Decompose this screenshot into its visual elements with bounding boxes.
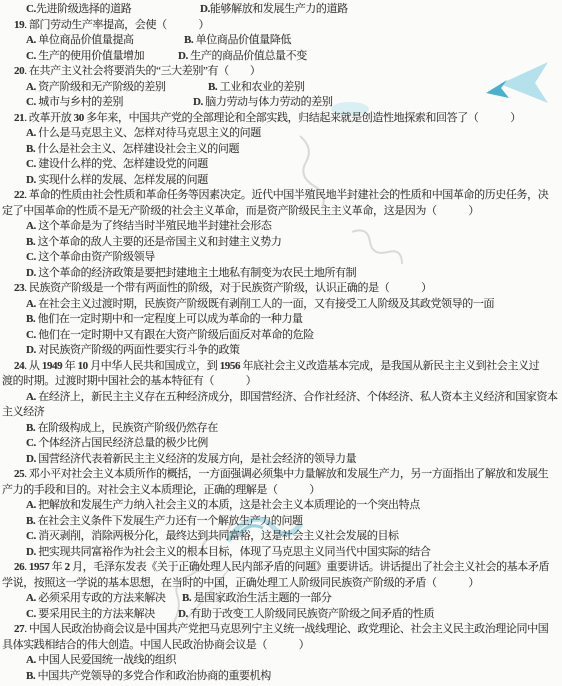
option-col-1: C.先进阶级选择的道路 (26, 2, 200, 18)
option-line: A. 在经济上，新民主主义存在五种经济成分，即国营经济、合作社经济、个体经济、私… (2, 390, 562, 406)
option-line: A. 必须采用专政的方法来解决B. 是国家政治生活主题的一部分 (2, 591, 562, 607)
option-col-2: B. 单位商品价值量降低 (184, 33, 291, 49)
option-line: C. 个体经济占国民经济总量的极少比例 (2, 436, 562, 452)
option-line: D. 对民族资产阶级的两面性要实行斗争的政策 (2, 343, 562, 359)
option-line: C. 他们在一定时期中又有跟在大资产阶级后面反对革命的危险 (2, 328, 562, 344)
wrapped-text-line: 定了中国革命的性质不是无产阶级的社会主义革命，而是资产阶级民主主义革命，这是因为… (2, 204, 562, 220)
option-col-2: D.能够解放和发展生产力的道路 (200, 2, 348, 18)
option-line: A. 在社会主义过渡时期，民族资产阶级既有剥削工人的一面，又有接受工人阶级及其政… (2, 297, 562, 313)
option-line: A. 单位商品价值量提高B. 单位商品价值量降低 (2, 33, 562, 49)
option-col-1: A. 资产阶级和无产阶级的差别 (26, 80, 208, 96)
option-col-1: C. 要采用民主的方法来解决 (26, 607, 178, 623)
option-line: D. 国营经济代表着新民主主义经济的发展方向，是社会经济的领导力量 (2, 452, 562, 468)
question-stem-line: 21. 改革开放 30 多年来，中国共产党的全部理论和全部实践，归结起来就是创造… (2, 111, 562, 127)
option-col-2: D. 有助于改变工人阶级同民族资产阶级之间矛盾的性质 (178, 607, 434, 623)
question-stem-line: 26. 1957 年 2 月，毛泽东发表《关于正确处理人民内部矛盾的问题》重要讲… (2, 560, 562, 576)
option-col-2: B. 是国家政治生活主题的一部分 (182, 591, 331, 607)
question-stem-line: 27. 中国人民政治协商会议是中国共产党把马克思列宁主义统一战线理论、政党理论、… (2, 622, 562, 638)
option-col-1: A. 单位商品价值量提高 (26, 33, 184, 49)
option-line: B. 他们在一定时期中和一定程度上可以成为革命的一种力量 (2, 312, 562, 328)
option-line: C. 建设什么样的党、怎样建设党的问题 (2, 157, 562, 173)
option-line: B. 在阶级构成上，民族资产阶级仍然存在 (2, 421, 562, 437)
wrapped-text-line: 学说，按照这一学说的基本思想，在当时的中国，正确处理工人阶级同民族资产阶级的矛盾… (2, 576, 562, 592)
option-line: B. 什么是社会主义、怎样建设社会主义的问题 (2, 142, 562, 158)
question-list: C.先进阶级选择的道路D.能够解放和发展生产力的道路19. 部门劳动生产率提高，… (0, 0, 562, 686)
option-line: C. 这个革命由资产阶级领导 (2, 250, 562, 266)
option-line: A. 什么是马克思主义、怎样对待马克思主义的问题 (2, 126, 562, 142)
option-line: B. 中国共产党领导的多党合作和政治协商的重要机构 (2, 669, 562, 685)
question-stem-line: 24. 从 1949 年 10 月中华人民共和国成立，到 1956 年底社会主义… (2, 359, 562, 375)
option-line: C. 生产的使用价值量增加D. 生产的商品价值总量不变 (2, 49, 562, 65)
question-stem-line: 20. 在共产主义社会将要消失的“三大差别”有（ ） (2, 64, 562, 80)
option-line: D. 这个革命的经济政策是要把封建地主土地私有制变为农民土地所有制 (2, 266, 562, 282)
option-line: C.先进阶级选择的道路D.能够解放和发展生产力的道路 (2, 2, 562, 18)
question-stem-line: 22. 革命的性质由社会性质和革命任务等因素决定。近代中国半殖民地半封建社会的性… (2, 188, 562, 204)
wrapped-text-line: 具体实践相结合的伟大创造。中国人民政治协商会议是（ ） (2, 638, 562, 654)
question-stem-line: 19. 部门劳动生产率提高，会使（ ） (2, 18, 562, 34)
option-line: C. 要采用民主的方法来解决D. 有助于改变工人阶级同民族资产阶级之间矛盾的性质 (2, 607, 562, 623)
option-line: C. 城市与乡村的差别D. 脑力劳动与体力劳动的差别 (2, 95, 562, 111)
option-col-2: D. 生产的商品价值总量不变 (178, 49, 307, 65)
option-line: A. 中国人民爱国统一战线的组织 (2, 653, 562, 669)
question-stem-line: 23. 民族资产阶级是一个带有两面性的阶级，对于民族资产阶级，认识正确的是（ ） (2, 281, 562, 297)
wrapped-text-line: 主义经济 (2, 405, 562, 421)
option-col-1: C. 城市与乡村的差别 (26, 95, 193, 111)
option-col-2: B. 工业和农业的差别 (208, 80, 304, 96)
wrapped-text-line: 渡的时期。过渡时期中国社会的基本特征有（ ） (2, 374, 562, 390)
wrapped-text-line: 产力的手段和目的。对社会主义本质理论，正确的理解是（ ） (2, 483, 562, 499)
question-stem-line: 25. 邓小平对社会主义本质所作的概括，一方面强调必须集中力量解放和发展生产力，… (2, 467, 562, 483)
option-line: B. 这个革命的敌人主要的还是帝国主义和封建主义势力 (2, 235, 562, 251)
option-line: D. 把实现共同富裕作为社会主义的根本目标，体现了马克思主义同当代中国实际的结合 (2, 545, 562, 561)
option-line: A. 资产阶级和无产阶级的差别B. 工业和农业的差别 (2, 80, 562, 96)
option-col-1: C. 生产的使用价值量增加 (26, 49, 178, 65)
option-line: B. 在社会主义条件下发展生产力还有一个解放生产力的问题 (2, 514, 562, 530)
option-line: C. 消灭剥削，消除两极分化，最终达到共同富裕，这是社会主义社会发展的目标 (2, 529, 562, 545)
scanned-exam-page: C.先进阶级选择的道路D.能够解放和发展生产力的道路19. 部门劳动生产率提高，… (0, 0, 562, 686)
option-col-2: D. 脑力劳动与体力劳动的差别 (193, 95, 332, 111)
option-line: A. 把解放和发展生产力纳入社会主义的本质，这是社会主义本质理论的一个突出特点 (2, 498, 562, 514)
option-line: D. 实现什么样的发展、怎样发展的问题 (2, 173, 562, 189)
option-col-1: A. 必须采用专政的方法来解决 (26, 591, 182, 607)
option-line: A. 这个革命是为了终结当时半殖民地半封建社会形态 (2, 219, 562, 235)
